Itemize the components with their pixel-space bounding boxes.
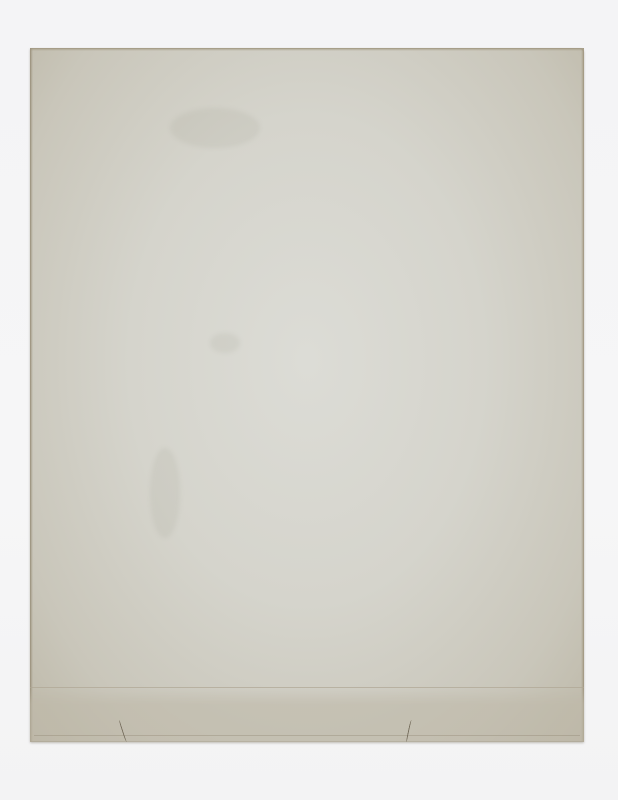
smudge — [150, 448, 180, 538]
crease-mark — [118, 720, 128, 742]
smudge — [170, 108, 260, 148]
board-left-edge — [30, 48, 33, 742]
board-bottom-fold — [30, 687, 584, 742]
smudge — [210, 333, 240, 353]
crease-mark — [406, 720, 414, 742]
fold-line — [34, 735, 580, 736]
blank-board — [30, 48, 584, 742]
board-top-edge — [30, 48, 584, 51]
board-right-edge — [581, 48, 584, 742]
